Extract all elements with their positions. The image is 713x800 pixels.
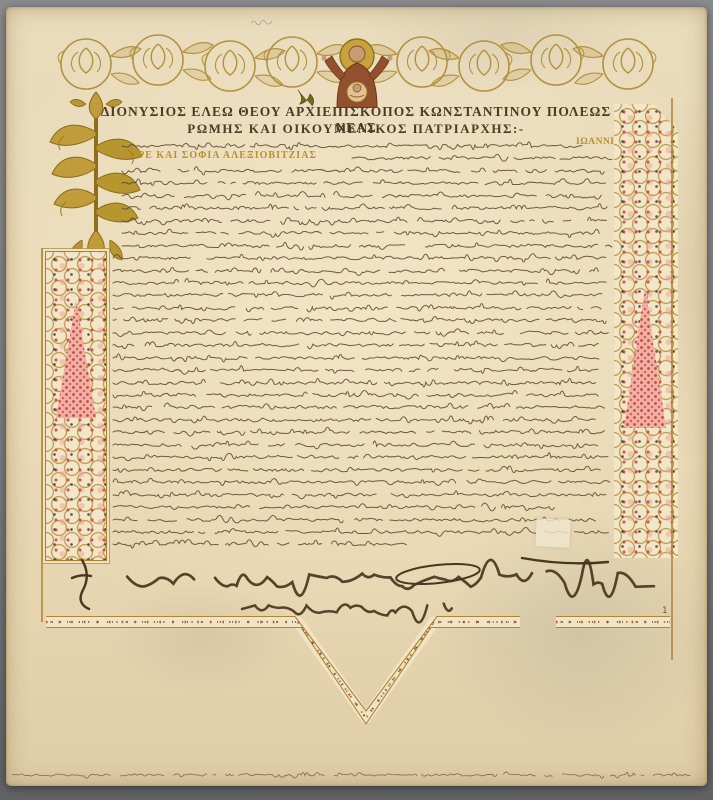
repair-patch (535, 518, 570, 548)
chevron-border-bottom (40, 606, 680, 736)
document-title-line2: ΡΩΜΗΣ ΚΑΙ ΟΙΚΟΥΜΕΝΙΚΟΣ ΠΑΤΡΙΑΡΧΗΣ:- (96, 121, 616, 137)
gold-names-petre-sophia: ΠΕΤΡΕ ΚΑΙ ΣΟΦΙΑ ΑΛΕΞΙΟΒΙΤΖΙΑΣ (114, 150, 317, 161)
pencil-scribble (250, 18, 274, 28)
pencil-mark: 1 (662, 606, 668, 616)
manuscript-photo: ΔΙΟΝΥΣΙΟΣ ΕΛΕΩ ΘΕΟΥ ΑΡΧΙΕΠΙΣΚΟΠΟΣ ΚΩΝΣΤΑ… (0, 0, 713, 800)
frame-rule-right (671, 98, 673, 660)
gold-name-ioanne: ΙΩΑΝΝΗ (576, 137, 618, 147)
bottom-annotation-line (12, 770, 704, 784)
frame-rule-left (41, 248, 43, 622)
